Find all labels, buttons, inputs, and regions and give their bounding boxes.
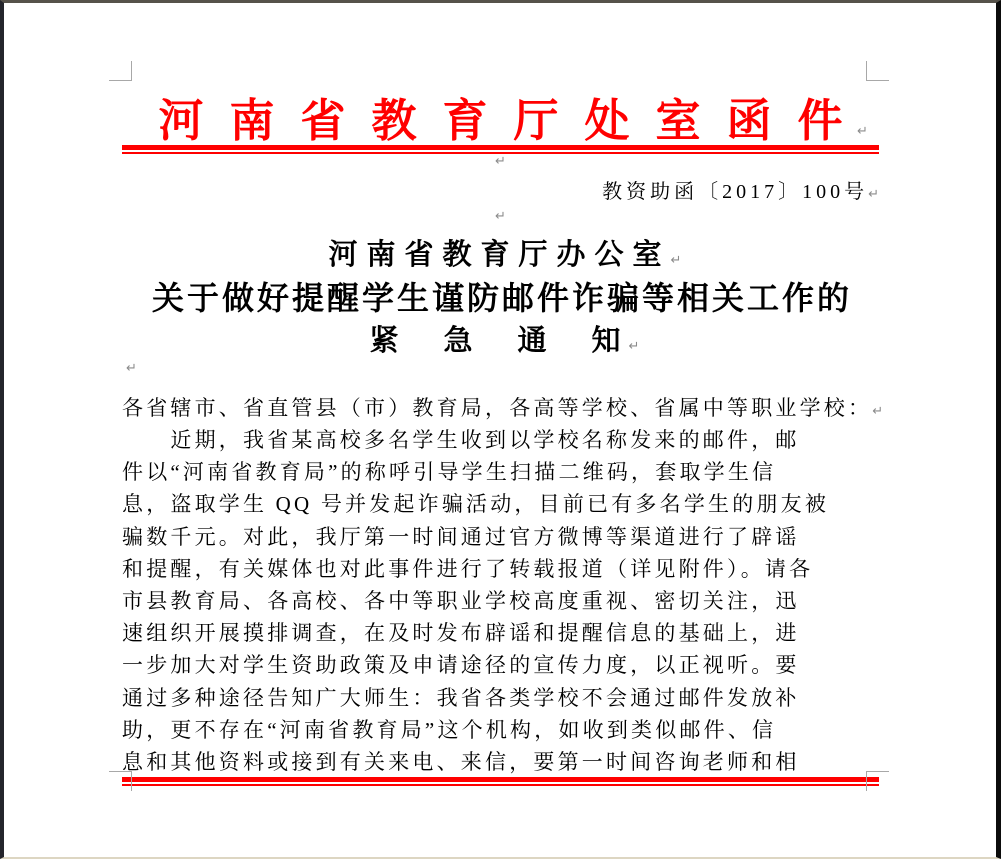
body-text-line: 速组织开展摸排调查，在及时发布辟谣和提醒信息的基础上，进 xyxy=(122,617,882,649)
margin-crop-mark-top-left xyxy=(109,61,132,81)
document-number: 教资助函〔2017〕100号↵ xyxy=(122,175,879,204)
document-number-text: 教资助函〔2017〕100号 xyxy=(602,181,868,203)
body-text-line: 件以“河南省教育局”的称呼引导学生扫描二维码，套取学生信 xyxy=(122,456,882,488)
body-paragraph: 近期，我省某高校多名学生收到以学校名称发来的邮件，邮件以“河南省教育局”的称呼引… xyxy=(122,424,882,778)
body-text-line: 市县教育局、各高校、各中等职业学校高度重视、密切关注，迅 xyxy=(122,585,882,617)
body-text-line: 助，更不存在“河南省教育局”这个机构，如收到类似邮件、信 xyxy=(122,714,882,746)
body-text-line: 通过多种途径告知广大师生：我省各类学校不会通过邮件发放补 xyxy=(122,682,882,714)
paragraph-mark-icon: ↵ xyxy=(629,339,640,354)
body-salutation-text: 各省辖市、省直管县（市）教育局，各高等学校、省属中等职业学校： xyxy=(122,396,872,420)
footer-double-rule xyxy=(122,777,879,786)
body-text-line: 息，盗取学生 QQ 号并发起诈骗活动，目前已有多名学生的朋友被 xyxy=(122,488,882,520)
margin-crop-mark-bottom-left xyxy=(109,771,132,791)
notice-title-urgent-notice: 紧 急 通 知↵ xyxy=(0,320,1001,363)
paragraph-mark-icon: ↵ xyxy=(126,361,137,376)
letterhead-double-rule xyxy=(122,145,879,154)
paragraph-mark-icon: ↵ xyxy=(857,124,868,139)
paragraph-mark-icon: ↵ xyxy=(872,404,883,419)
body-text-line: 骗数千元。对此，我厅第一时间通过官方微博等渠道进行了辟谣 xyxy=(122,521,882,553)
body-text-line: 近期，我省某高校多名学生收到以学校名称发来的邮件，邮 xyxy=(122,424,882,456)
paragraph-mark-icon: ↵ xyxy=(868,187,879,202)
body-text-line: 息和其他资料或接到有关来电、来信，要第一时间咨询老师和相 xyxy=(122,746,882,778)
notice-title-subject: 关于做好提醒学生谨防邮件诈骗等相关工作的 xyxy=(0,277,1001,320)
document-page: { "document": { "letterhead": { "title":… xyxy=(0,0,1001,864)
notice-title-issuer: 河南省教育厅办公室↵ xyxy=(0,234,1001,277)
paragraph-mark-icon: ↵ xyxy=(671,253,682,268)
notice-title: 河南省教育厅办公室↵ 关于做好提醒学生谨防邮件诈骗等相关工作的 紧 急 通 知↵ xyxy=(0,234,1001,363)
body-salutation: 各省辖市、省直管县（市）教育局，各高等学校、省属中等职业学校：↵ xyxy=(122,392,882,428)
paragraph-mark-icon: ↵ xyxy=(122,154,879,169)
body-text-line: 一步加大对学生资助政策及申请途径的宣传力度，以正视听。要 xyxy=(122,649,882,681)
margin-crop-mark-top-right xyxy=(866,61,889,81)
notice-title-urgent-text: 紧 急 通 知 xyxy=(370,325,629,357)
body-text-line: 和提醒，有关媒体也对此事件进行了转载报道（详见附件）。请各 xyxy=(122,553,882,585)
notice-title-issuer-text: 河南省教育厅办公室 xyxy=(329,239,671,271)
paragraph-mark-icon: ↵ xyxy=(122,209,879,224)
letterhead-title: 河南省教育厅处室函件 xyxy=(122,96,879,146)
margin-crop-mark-bottom-right xyxy=(866,771,889,791)
